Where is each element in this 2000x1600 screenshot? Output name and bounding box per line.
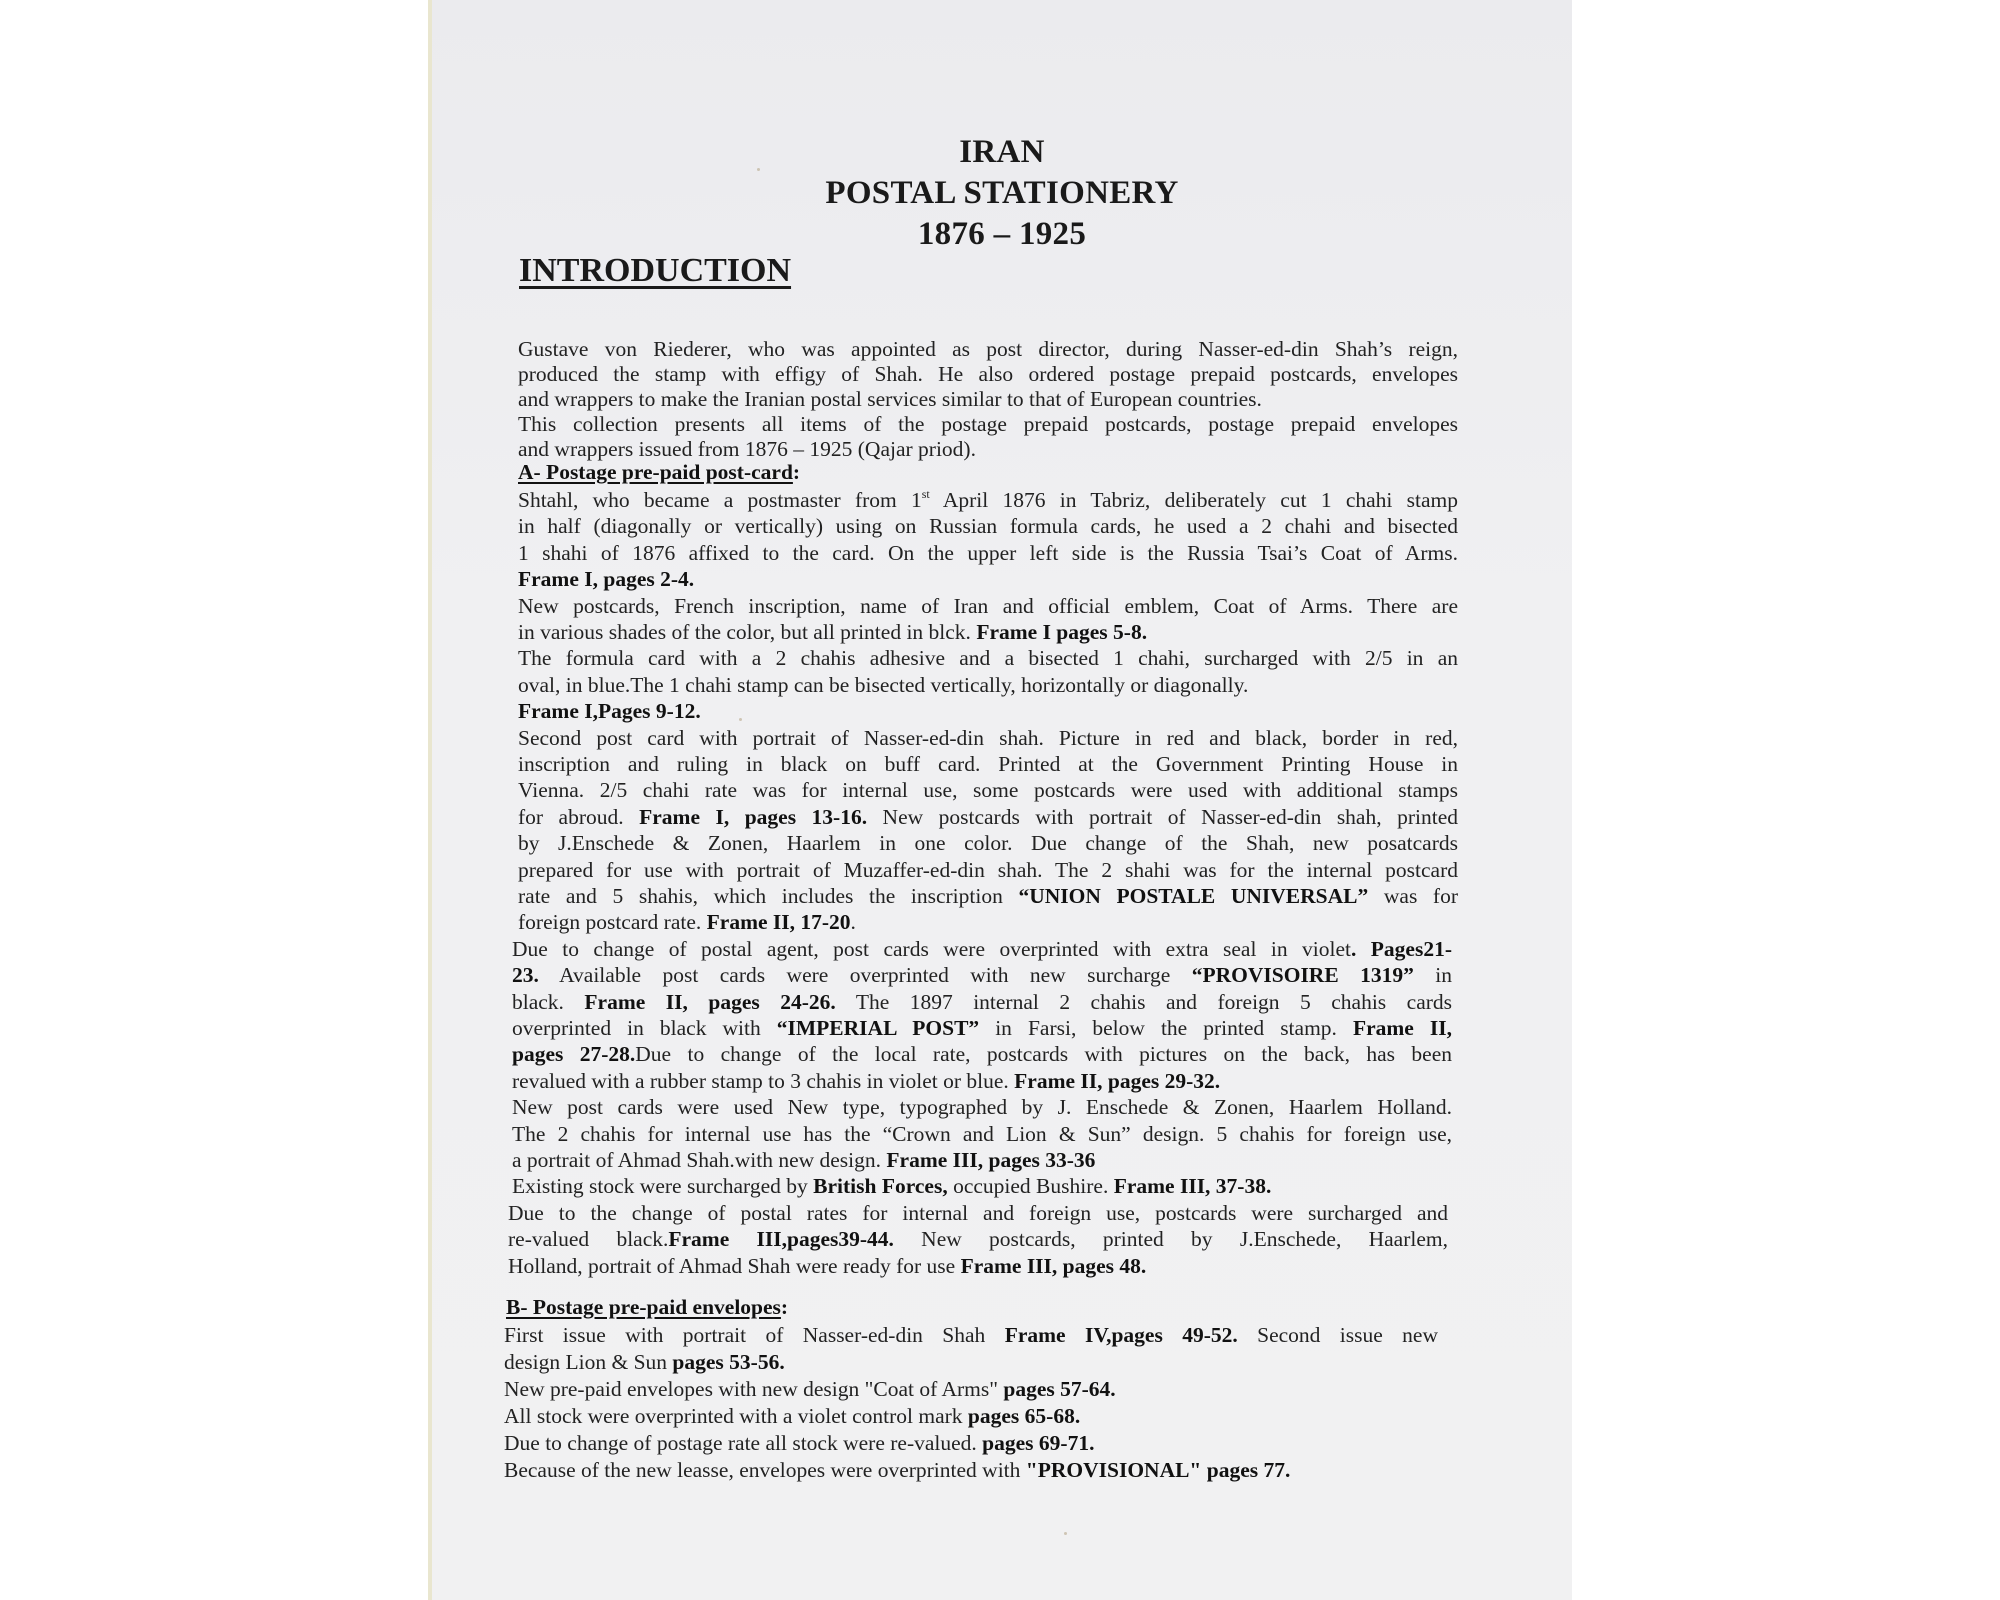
section-a-line: oval, in blue.The 1 chahi stamp can be b… [518, 672, 1458, 698]
text-run: 1 shahi of 1876 affixed to the card. On … [518, 541, 1458, 565]
intro-line: and wrappers to make the Iranian postal … [518, 386, 1458, 412]
section-a-line: Due to change of postal agent, post card… [512, 936, 1452, 962]
section-a-line: for abroud. Frame I, pages 13-16. New po… [518, 804, 1458, 830]
bold-reference: Frame III, pages 33-36 [886, 1148, 1095, 1172]
text-run: The 1897 internal 2 chahis and foreign 5… [836, 990, 1452, 1014]
section-a-line: foreign postcard rate. Frame II, 17-20. [518, 909, 1458, 935]
section-a-line: overprinted in black with “IMPERIAL POST… [512, 1015, 1452, 1041]
text-run: in [1414, 963, 1452, 987]
section-a-line: Frame I, pages 2-4. [518, 566, 1458, 592]
section-heading-text: B- Postage pre-paid envelopes [506, 1295, 781, 1319]
section-a-line: Due to the change of postal rates for in… [508, 1200, 1448, 1226]
text-run: Vienna. 2/5 chahi rate was for internal … [518, 778, 1458, 802]
bold-reference: pages 69-71. [982, 1431, 1094, 1455]
bold-reference: “IMPERIAL POST” [777, 1016, 979, 1040]
bold-reference: Frame I, pages 2-4. [518, 567, 694, 591]
text-run: in various shades of the color, but all … [518, 620, 976, 644]
text-run: Existing stock were surcharged by [512, 1174, 813, 1198]
bold-reference: Frame I pages 5-8. [976, 620, 1147, 644]
bold-reference: Frame II, 17-20 [707, 910, 851, 934]
text-run: oval, in blue.The 1 chahi stamp can be b… [518, 673, 1248, 697]
text-run: New postcards with portrait of Nasser-ed… [867, 805, 1458, 829]
section-a-line: in half (diagonally or vertically) using… [518, 513, 1458, 539]
text-run: design Lion & Sun [504, 1350, 672, 1374]
section-a-line: 1 shahi of 1876 affixed to the card. On … [518, 540, 1458, 566]
text-run: produced the stamp with effigy of Shah. … [518, 362, 1458, 386]
bold-reference: British Forces, [813, 1174, 948, 1198]
text-run: and wrappers issued from 1876 – 1925 (Qa… [518, 437, 976, 461]
text-run: revalued with a rubber stamp to 3 chahis… [512, 1069, 1014, 1093]
section-a-line: Vienna. 2/5 chahi rate was for internal … [518, 777, 1458, 803]
document-page: IRAN POSTAL STATIONERY 1876 – 1925 INTRO… [428, 0, 1572, 1600]
section-a-line: rate and 5 shahis, which includes the in… [518, 883, 1458, 909]
text-run: This collection presents all items of th… [518, 412, 1458, 436]
text-run: inscription and ruling in black on buff … [518, 752, 1458, 776]
text-run: Because of the new leasse, envelopes wer… [504, 1458, 1026, 1482]
bold-reference: Frame I, pages 13-16. [639, 805, 867, 829]
intro-line: and wrappers issued from 1876 – 1925 (Qa… [518, 436, 1458, 462]
bold-reference: “PROVISOIRE 1319” [1192, 963, 1414, 987]
text-run: foreign postcard rate. [518, 910, 707, 934]
section-a-line: The formula card with a 2 chahis adhesiv… [518, 645, 1458, 671]
section-a-line: Frame I,Pages 9-12. [518, 698, 1458, 724]
text-run: The formula card with a 2 chahis adhesiv… [518, 646, 1458, 670]
section-a-line: New post cards were used New type, typog… [512, 1094, 1452, 1120]
section-a-line: a portrait of Ahmad Shah.with new design… [512, 1147, 1452, 1173]
bold-reference: pages 65-68. [968, 1404, 1080, 1428]
text-run: by J.Enschede & Zonen, Haarlem in one co… [518, 831, 1458, 855]
text-run: New postcards, French inscription, name … [518, 594, 1458, 618]
section-a-line: inscription and ruling in black on buff … [518, 751, 1458, 777]
text-run: . [851, 910, 856, 934]
section-a-line: New postcards, French inscription, name … [518, 593, 1458, 619]
section-a-line: revalued with a rubber stamp to 3 chahis… [512, 1068, 1452, 1094]
text-run: was for [1368, 884, 1458, 908]
text-run: occupied Bushire. [948, 1174, 1114, 1198]
section-heading-colon: : [793, 460, 800, 484]
section-a-line: in various shades of the color, but all … [518, 619, 1458, 645]
bold-reference: . Pages21- [1351, 937, 1452, 961]
text-run: Gustave von Riederer, who was appointed … [518, 337, 1458, 361]
text-run: rate and 5 shahis, which includes the in… [518, 884, 1018, 908]
section-a-line: Existing stock were surcharged by Britis… [512, 1173, 1452, 1199]
section-a-line: Holland, portrait of Ahmad Shah were rea… [508, 1253, 1448, 1279]
section-a-line: prepared for use with portrait of Muzaff… [518, 857, 1458, 883]
bold-reference: Frame II, pages 24-26. [584, 990, 835, 1014]
scan-speck [739, 718, 742, 721]
section-a-line: pages 27-28.Due to change of the local r… [512, 1041, 1452, 1067]
section-a-line: 23. Available post cards were overprinte… [512, 962, 1452, 988]
text-run: and wrappers to make the Iranian postal … [518, 387, 1262, 411]
text-run: Second issue new [1238, 1323, 1438, 1347]
bold-reference: pages 27-28. [512, 1042, 635, 1066]
text-run: The 2 chahis for internal use has the “C… [512, 1122, 1452, 1146]
section-b-line: New pre-paid envelopes with new design "… [504, 1376, 1438, 1402]
scan-speck [1064, 1532, 1067, 1535]
text-run: New post cards were used New type, typog… [512, 1095, 1452, 1119]
text-run: Second post card with portrait of Nasser… [518, 726, 1458, 750]
text-run: Available post cards were overprinted wi… [539, 963, 1192, 987]
text-run: April 1876 in Tabriz, deliberately cut 1… [930, 488, 1458, 512]
section-b-line: First issue with portrait of Nasser-ed-d… [504, 1322, 1438, 1348]
section-heading-colon: : [781, 1295, 788, 1319]
text-run: First issue with portrait of Nasser-ed-d… [504, 1323, 1005, 1347]
bold-reference: Frame III, pages 48. [961, 1254, 1147, 1278]
section-a-line: by J.Enschede & Zonen, Haarlem in one co… [518, 830, 1458, 856]
text-run: All stock were overprinted with a violet… [504, 1404, 968, 1428]
text-run: New postcards, printed by J.Enschede, Ha… [894, 1227, 1448, 1251]
title-country: IRAN [432, 134, 1572, 171]
bold-reference: Frame I,Pages 9-12. [518, 699, 701, 723]
intro-line: produced the stamp with effigy of Shah. … [518, 361, 1458, 387]
bold-reference: Frame II, [1353, 1016, 1452, 1040]
intro-line: This collection presents all items of th… [518, 411, 1458, 437]
text-run: in half (diagonally or vertically) using… [518, 514, 1458, 538]
section-a-line: re-valued black.Frame III,pages39-44. Ne… [508, 1226, 1448, 1252]
text-run: in Farsi, below the printed stamp. [979, 1016, 1353, 1040]
bold-reference: Frame III, 37-38. [1114, 1174, 1272, 1198]
section-title-introduction: INTRODUCTION [519, 252, 791, 290]
section-b-line: Because of the new leasse, envelopes wer… [504, 1457, 1438, 1483]
section-heading: A- Postage pre-paid post-card: [518, 460, 800, 485]
text-run: for abroud. [518, 805, 639, 829]
scan-speck [757, 168, 760, 171]
title-subject: POSTAL STATIONERY [432, 175, 1572, 212]
intro-line: Gustave von Riederer, who was appointed … [518, 336, 1458, 362]
bold-reference: Frame III,pages39-44. [668, 1227, 894, 1251]
text-run: Due to change of postage rate all stock … [504, 1431, 982, 1455]
ordinal-superscript: st [922, 487, 930, 501]
section-b-line: Due to change of postage rate all stock … [504, 1430, 1438, 1456]
section-b-line: design Lion & Sun pages 53-56. [504, 1349, 1438, 1375]
section-b-line: All stock were overprinted with a violet… [504, 1403, 1438, 1429]
title-years: 1876 – 1925 [432, 216, 1572, 253]
bold-reference: “UNION POSTALE UNIVERSAL” [1018, 884, 1368, 908]
text-run: Due to the change of postal rates for in… [508, 1201, 1448, 1225]
section-a-line: The 2 chahis for internal use has the “C… [512, 1121, 1452, 1147]
section-a-line: Second post card with portrait of Nasser… [518, 725, 1458, 751]
text-run: re-valued black. [508, 1227, 668, 1251]
bold-reference: 23. [512, 963, 539, 987]
text-run: Holland, portrait of Ahmad Shah were rea… [508, 1254, 961, 1278]
section-a-line: black. Frame II, pages 24-26. The 1897 i… [512, 989, 1452, 1015]
section-heading-text: A- Postage pre-paid post-card [518, 460, 793, 484]
bold-reference: "PROVISIONAL" pages 77. [1026, 1458, 1291, 1482]
bold-reference: pages 53-56. [672, 1350, 784, 1374]
section-a-line: Shtahl, who became a postmaster from 1st… [518, 487, 1458, 513]
bold-reference: Frame II, pages 29-32. [1014, 1069, 1220, 1093]
text-run: prepared for use with portrait of Muzaff… [518, 858, 1458, 882]
bold-reference: Frame IV,pages 49-52. [1005, 1323, 1238, 1347]
text-run: Shtahl, who became a postmaster from 1 [518, 488, 922, 512]
text-run: a portrait of Ahmad Shah.with new design… [512, 1148, 886, 1172]
text-run: black. [512, 990, 584, 1014]
text-run: Due to change of postal agent, post card… [512, 937, 1351, 961]
section-heading: B- Postage pre-paid envelopes: [506, 1295, 788, 1320]
text-run: overprinted in black with [512, 1016, 777, 1040]
text-run: New pre-paid envelopes with new design "… [504, 1377, 1003, 1401]
bold-reference: pages 57-64. [1003, 1377, 1115, 1401]
text-run: Due to change of the local rate, postcar… [635, 1042, 1452, 1066]
